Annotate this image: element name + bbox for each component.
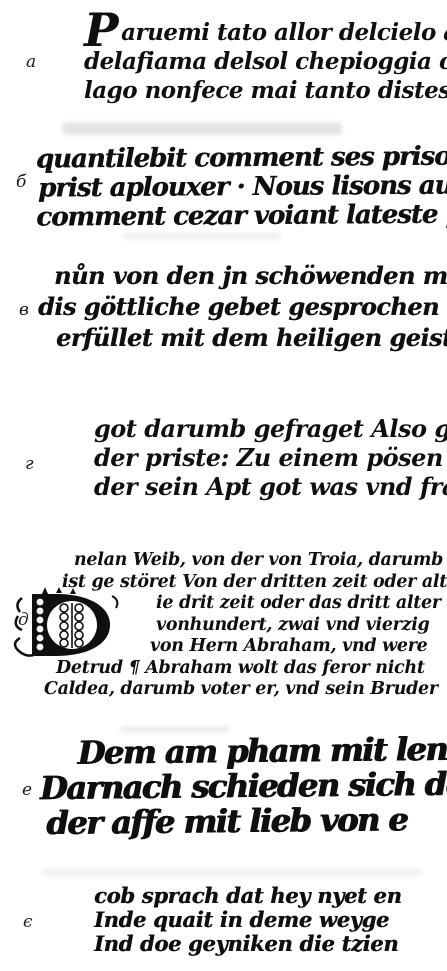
sample-text-line: der sein Apt got was vnd fraget xyxy=(94,472,447,501)
sample-text-line: Caldea, darumb voter er, vnd sein Bruder xyxy=(44,679,447,701)
sample-text-line: prist aplouxer · Nous lisons au xyxy=(38,171,447,203)
sample-text-line: got darumb gefraget Also gieng xyxy=(94,414,447,443)
sample-text-line: Inde quait in deme weyge xyxy=(94,908,401,932)
sample-text-line: ie drit zeit oder das dritt alter der xyxy=(156,593,447,615)
sample-text-line: erfüllet mit dem heiligen geiste xyxy=(56,322,447,353)
sample-label-g: г xyxy=(25,454,34,474)
sample-text-line: ist ge störet Von der dritten zeit oder … xyxy=(62,572,447,594)
sample-text-line: Detrud ¶ Abraham wolt das feror nicht xyxy=(56,658,447,680)
sample-text-line: nelan Weib, von der von Troia, darumb xyxy=(74,550,447,572)
scan-smudge xyxy=(62,122,342,135)
sample-text-line: von Hern Abraham, vnd were xyxy=(150,636,447,658)
sample-label-e: е xyxy=(22,780,32,800)
sample-label-ye: є xyxy=(23,912,33,932)
sample-text-line: Paruemi tato allor delcielo acceso xyxy=(84,18,447,47)
sample-text-line: dis göttliche gebet gesprochen wir xyxy=(38,291,447,322)
sample-text-line: Ind doe geyniken die tzien xyxy=(94,932,401,956)
sample-text-line: der affe mit lieb von e xyxy=(46,802,447,841)
sample-text-line: der priste: Zu einem pösen geist xyxy=(94,443,447,472)
sample-text-line: lago nonfece mai tanto disteso xyxy=(84,76,447,105)
sample-text-line: cob sprach dat hey nyet en xyxy=(94,884,401,908)
sample-label-v: в xyxy=(19,300,29,320)
sample-text-line: delafiama delsol chepioggia ofiume xyxy=(84,47,447,76)
manuscript-samples-page: а Paruemi tato allor delcielo acceso del… xyxy=(0,0,447,971)
sample-label-b: б xyxy=(16,172,26,192)
sample-text-line: comment cezar voiant lateste po xyxy=(36,200,447,232)
sample-text-line: nůn von den jn schöwenden mönst xyxy=(54,260,447,291)
scan-smudge xyxy=(42,868,422,877)
sample-text-line: vonhundert, zwai vnd vierzig xyxy=(156,615,447,637)
scan-smudge xyxy=(122,233,282,240)
sample-label-a: а xyxy=(26,52,36,72)
initial-letter-p: P xyxy=(84,18,118,42)
sample-text-line: quantilebit comment ses prisom xyxy=(36,142,447,174)
